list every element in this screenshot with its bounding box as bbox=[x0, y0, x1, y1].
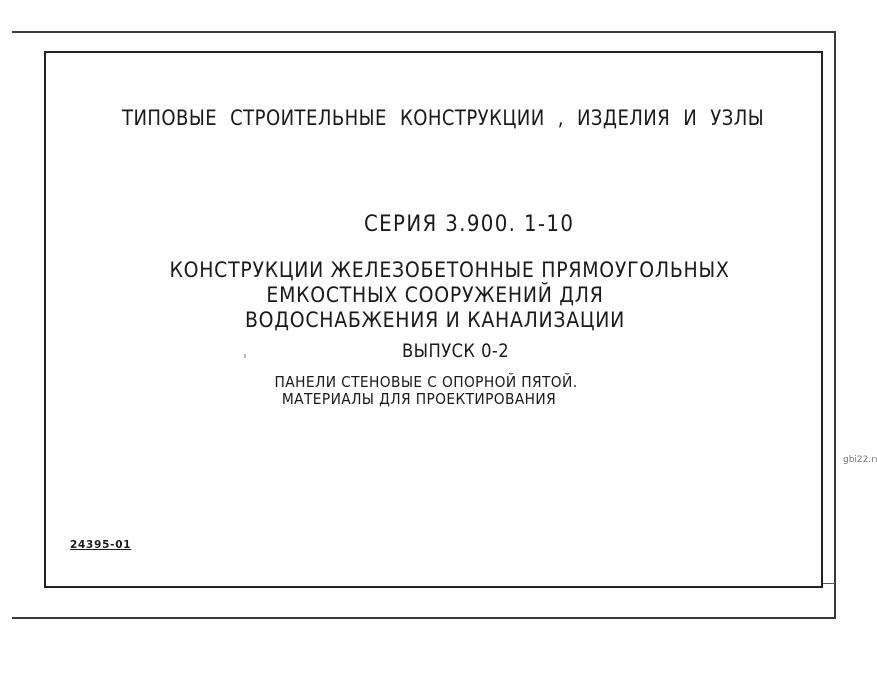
document-title-line: ЕМКОСТНЫХ СООРУЖЕНИЙ ДЛЯ bbox=[170, 283, 701, 308]
document-title: КОНСТРУКЦИИ ЖЕЛЕЗОБЕТОННЫЕ ПРЯМОУГОЛЬНЫХ… bbox=[170, 258, 701, 333]
frame-top-line bbox=[12, 31, 836, 33]
frame-outer-right-line bbox=[834, 31, 836, 618]
frame-bottom-line bbox=[12, 617, 836, 619]
document-title-line: ВОДОСНАБЖЕНИЯ И КАНАЛИЗАЦИИ bbox=[170, 308, 701, 333]
document-subtitle: ПАНЕЛИ СТЕНОВЫЕ С ОПОРНОЙ ПЯТОЙ. МАТЕРИА… bbox=[275, 374, 564, 408]
document-number: 24395-01 bbox=[70, 538, 131, 551]
document-title-line: КОНСТРУКЦИИ ЖЕЛЕЗОБЕТОННЫЕ ПРЯМОУГОЛЬНЫХ bbox=[170, 258, 701, 283]
subtitle-line: МАТЕРИАЛЫ ДЛЯ ПРОЕКТИРОВАНИЯ bbox=[275, 391, 564, 408]
subtitle-line: ПАНЕЛИ СТЕНОВЫЕ С ОПОРНОЙ ПЯТОЙ. bbox=[275, 374, 564, 391]
watermark: gbi22.ru bbox=[843, 455, 877, 465]
frame-connector-line bbox=[823, 583, 835, 584]
issue-number: ВЫПУСК 0-2 bbox=[402, 340, 509, 362]
series-number: СЕРИЯ 3.900. 1-10 bbox=[364, 212, 574, 237]
document-heading: ТИПОВЫЕ СТРОИТЕЛЬНЫЕ КОНСТРУКЦИИ , ИЗДЕЛ… bbox=[122, 106, 764, 130]
scan-speck bbox=[244, 354, 246, 358]
